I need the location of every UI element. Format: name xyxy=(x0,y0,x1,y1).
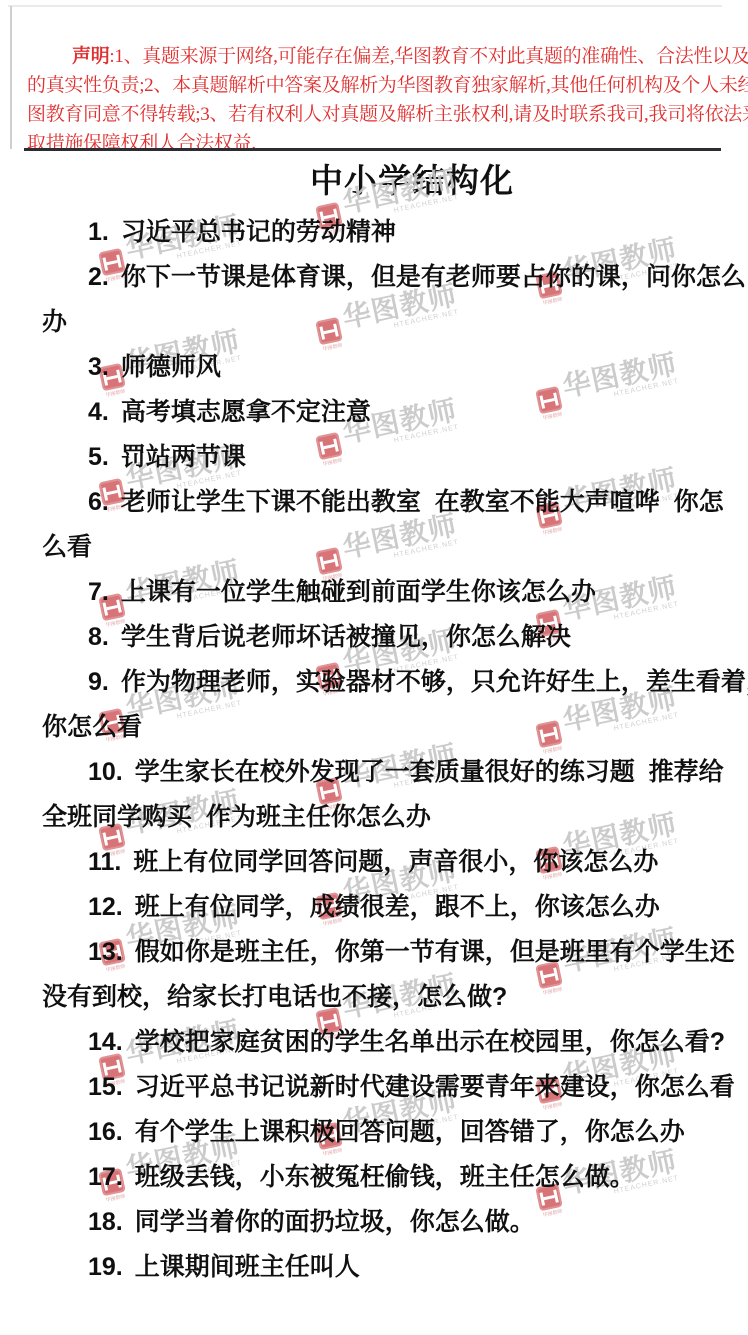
question-number: 12. xyxy=(88,893,123,921)
question-line-wrap: 没有到校，给家长打电话也不接，怎么做? xyxy=(42,975,732,1020)
question-number: 7. xyxy=(88,578,109,606)
question-number: 8. xyxy=(88,623,109,651)
question-number: 5. xyxy=(88,443,109,471)
question-line: 2.你下一节课是体育课，但是有老师要占你的课，问你怎么 xyxy=(42,255,732,300)
question-text: 上课期间班主任叫人 xyxy=(135,1253,360,1281)
question-text: 学生背后说老师坏话被撞见，你怎么解决 xyxy=(121,623,571,651)
question-line-wrap: 办 xyxy=(42,300,732,345)
question-text: 老师让学生下课不能出教室 在教室不能大声喧哗 你怎 xyxy=(121,488,724,516)
question-text: 假如你是班主任，你第一节有课，但是班里有个学生还 xyxy=(135,938,735,966)
question-line-wrap: 全班同学购买 作为班主任你怎么办 xyxy=(42,795,732,840)
question-line: 8.学生背后说老师坏话被撞见，你怎么解决 xyxy=(42,615,732,660)
question-number: 17. xyxy=(88,1163,123,1191)
question-text: 班级丢钱，小东被冤枉偷钱，班主任怎么做。 xyxy=(135,1163,635,1191)
question-text: 学生家长在校外发现了一套质量很好的练习题 推荐给 xyxy=(135,758,724,786)
question-line: 6.老师让学生下课不能出教室 在教室不能大声喧哗 你怎 xyxy=(42,480,732,525)
question-number: 16. xyxy=(88,1118,123,1146)
question-line: 18.同学当着你的面扔垃圾，你怎么做。 xyxy=(42,1200,732,1245)
question-line: 3.师德师风 xyxy=(42,345,732,390)
question-list: 1.习近平总书记的劳动精神2.你下一节课是体育课，但是有老师要占你的课，问你怎么… xyxy=(42,210,732,1290)
question-text: 学校把家庭贫困的学生名单出示在校园里，你怎么看? xyxy=(135,1028,725,1056)
question-text: 班上有位同学回答问题，声音很小，你该怎么办 xyxy=(133,848,658,876)
question-line: 16.有个学生上课积极回答问题，回答错了，你怎么办 xyxy=(42,1110,732,1155)
question-number: 11. xyxy=(88,848,121,876)
question-line: 10.学生家长在校外发现了一套质量很好的练习题 推荐给 xyxy=(42,750,732,795)
question-number: 6. xyxy=(88,488,109,516)
question-text: 罚站两节课 xyxy=(121,443,246,471)
question-number: 2. xyxy=(88,263,109,291)
question-line-wrap: 你怎么看 xyxy=(42,705,732,750)
question-line: 12.班上有位同学，成绩很差，跟不上，你该怎么办 xyxy=(42,885,732,930)
question-line-wrap: 么看 xyxy=(42,525,732,570)
question-number: 19. xyxy=(88,1253,123,1281)
document-page: 华图教师华图教师HTEACHER.NET华图教师华图教师HTEACHER.NET… xyxy=(0,0,748,1335)
question-line: 4.高考填志愿拿不定注意 xyxy=(42,390,732,435)
question-line: 9.作为物理老师，实验器材不够，只允许好生上，差生看着， xyxy=(42,660,732,705)
question-number: 15. xyxy=(88,1073,123,1101)
question-text: 作为物理老师，实验器材不够，只允许好生上，差生看着， xyxy=(121,668,748,696)
question-text: 同学当着你的面扔垃圾，你怎么做。 xyxy=(135,1208,535,1236)
question-text: 习近平总书记的劳动精神 xyxy=(121,218,396,246)
question-line: 1.习近平总书记的劳动精神 xyxy=(42,210,732,255)
question-line: 7.上课有一位学生触碰到前面学生你该怎么办 xyxy=(42,570,732,615)
question-text: 有个学生上课积极回答问题，回答错了，你怎么办 xyxy=(135,1118,685,1146)
question-line: 14.学校把家庭贫困的学生名单出示在校园里，你怎么看? xyxy=(42,1020,732,1065)
question-text: 师德师风 xyxy=(121,353,221,381)
question-number: 3. xyxy=(88,353,109,381)
question-number: 1. xyxy=(88,218,109,246)
question-text: 班上有位同学，成绩很差，跟不上，你该怎么办 xyxy=(135,893,660,921)
question-line: 17.班级丢钱，小东被冤枉偷钱，班主任怎么做。 xyxy=(42,1155,732,1200)
question-number: 14. xyxy=(88,1028,123,1056)
question-number: 4. xyxy=(88,398,109,426)
question-line: 15.习近平总书记说新时代建设需要青年来建设，你怎么看 xyxy=(42,1065,732,1110)
question-line: 11.班上有位同学回答问题，声音很小，你该怎么办 xyxy=(42,840,732,885)
question-text: 你下一节课是体育课，但是有老师要占你的课，问你怎么 xyxy=(121,263,746,291)
question-text: 习近平总书记说新时代建设需要青年来建设，你怎么看 xyxy=(135,1073,735,1101)
question-number: 18. xyxy=(88,1208,123,1236)
question-number: 10. xyxy=(88,758,123,786)
question-number: 13. xyxy=(88,938,123,966)
question-line: 19.上课期间班主任叫人 xyxy=(42,1245,732,1290)
question-text: 上课有一位学生触碰到前面学生你该怎么办 xyxy=(121,578,596,606)
question-text: 高考填志愿拿不定注意 xyxy=(121,398,371,426)
question-line: 13.假如你是班主任，你第一节有课，但是班里有个学生还 xyxy=(42,930,732,975)
question-number: 9. xyxy=(88,668,109,696)
question-line: 5.罚站两节课 xyxy=(42,435,732,480)
